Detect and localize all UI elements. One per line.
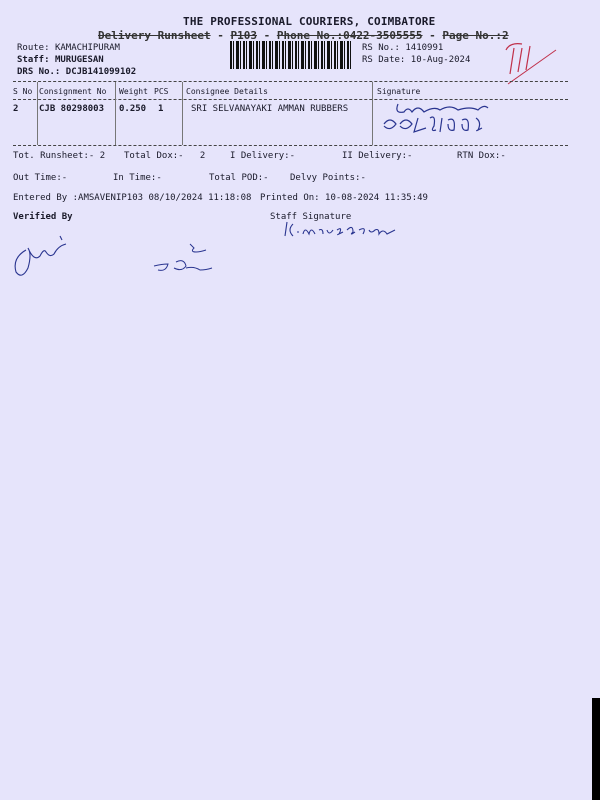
rs-no-field: RS No.: 1410991 <box>362 43 443 53</box>
staff-field: Staff: MURUGESAN <box>17 55 104 65</box>
drs-value: DCJB141099102 <box>66 67 136 77</box>
row-consignee: SRI SELVANAYAKI AMMAN RUBBERS <box>191 104 348 114</box>
out-time: Out Time:- <box>13 173 67 183</box>
delvy-points: Delvy Points:- <box>290 173 366 183</box>
staff-signature-icon <box>283 220 403 240</box>
row-weight: 0.250 <box>119 104 146 114</box>
handwritten-mark-icon <box>500 38 560 86</box>
total-pod: Total POD:- <box>209 173 269 183</box>
col-header-sno: S No <box>13 87 32 96</box>
ii-delivery: II Delivery:- <box>342 151 412 161</box>
total-dox: Total Dox:- 2 <box>124 151 205 161</box>
route-value: KAMACHIPURAM <box>55 43 120 53</box>
i-delivery: I Delivery:- <box>230 151 295 161</box>
recipient-signature-icon <box>378 100 508 140</box>
col-divider <box>37 82 38 145</box>
initials-signature-icon <box>150 240 220 276</box>
scan-edge <box>592 698 600 800</box>
company-title: THE PROFESSIONAL COURIERS, COIMBATORE <box>183 15 435 28</box>
row-pcs: 1 <box>158 104 163 114</box>
col-header-signature: Signature <box>377 87 420 96</box>
drs-field: DRS No.: DCJB141099102 <box>17 67 136 77</box>
rs-date-value: 10-Aug-2024 <box>411 55 471 65</box>
rs-no-value: 1410991 <box>405 43 443 53</box>
col-divider <box>182 82 183 145</box>
col-divider <box>115 82 116 145</box>
printed-on: Printed On: 10-08-2024 11:35:49 <box>260 193 428 203</box>
entered-by: Entered By :AMSAVENIP103 08/10/2024 11:1… <box>13 193 251 203</box>
in-time: In Time:- <box>113 173 162 183</box>
route-field: Route: KAMACHIPURAM <box>17 43 120 53</box>
verified-by-label: Verified By <box>13 212 73 222</box>
barcode <box>230 41 353 69</box>
tot-runsheet: Tot. Runsheet:- 2 <box>13 151 105 161</box>
verifier-signature-icon <box>10 228 70 280</box>
row-consignment-no: CJB 80298003 <box>39 104 104 114</box>
col-header-pcs: PCS <box>154 87 168 96</box>
runsheet-label: Delivery Runsheet <box>98 29 211 42</box>
page-number: Page No.:2 <box>442 29 508 42</box>
col-header-consignee: Consignee Details <box>186 87 268 96</box>
table-bottom-divider <box>13 145 568 146</box>
row-sno: 2 <box>13 104 18 114</box>
staff-value: MURUGESAN <box>55 55 104 65</box>
rtn-dox: RTN Dox:- <box>457 151 506 161</box>
rs-date-field: RS Date: 10-Aug-2024 <box>362 55 470 65</box>
table-top-divider <box>13 81 568 82</box>
col-header-consignment: Consignment No <box>39 87 106 96</box>
col-header-weight: Weight <box>119 87 148 96</box>
col-divider <box>372 82 373 145</box>
